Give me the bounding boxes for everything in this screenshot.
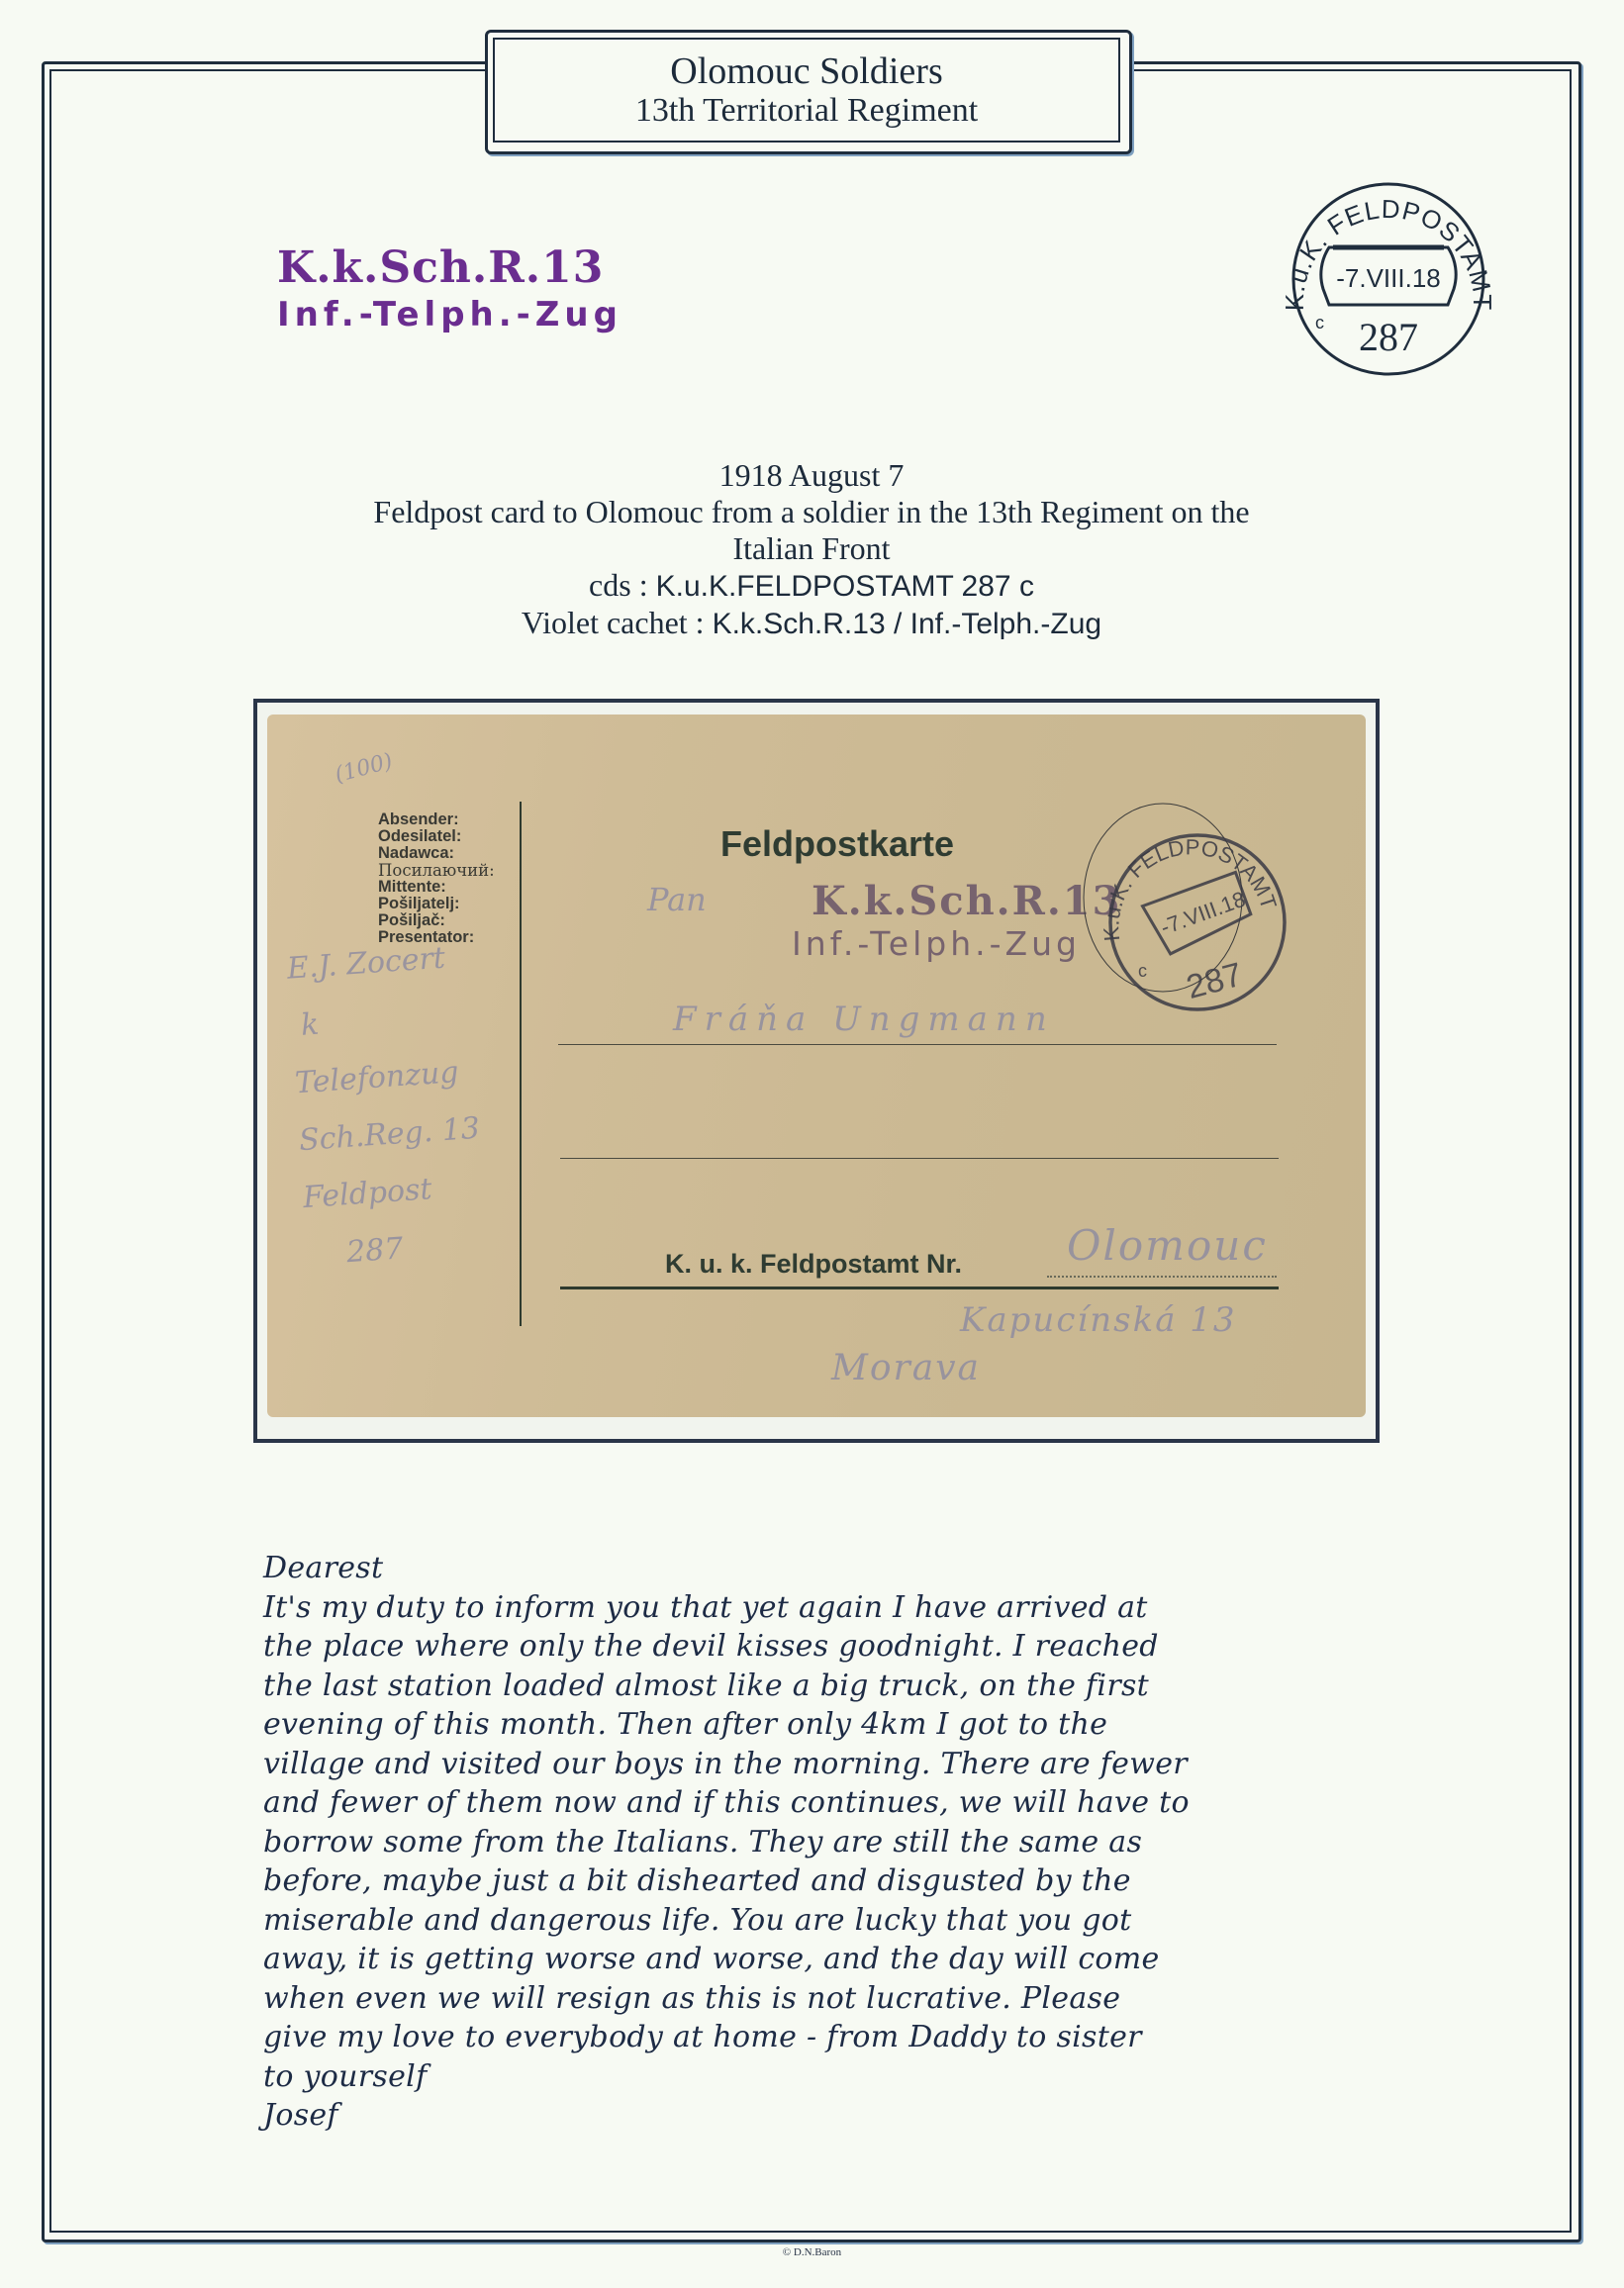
letter-line: the place where only the devil kisses go… bbox=[263, 1627, 1391, 1667]
description-line-2: Italian Front bbox=[218, 530, 1405, 567]
letter-signature: Josef bbox=[263, 2096, 1391, 2136]
sender-handwriting: E.J. Zocert k Telefonzug Sch.Reg. 13 Fel… bbox=[285, 928, 490, 1285]
cds-value: K.u.K.FELDPOSTAMT 287 c bbox=[656, 570, 1034, 603]
card-heading: Feldpostkarte bbox=[720, 823, 954, 865]
recipient-salutation: Pan bbox=[647, 881, 707, 918]
cds-arc-text: K.u.K. FELDPOSTAMT bbox=[1280, 194, 1497, 311]
letter-line: and fewer of them now and if this contin… bbox=[263, 1783, 1391, 1823]
letter-line: the last station loaded almost like a bi… bbox=[263, 1667, 1391, 1706]
cachet-line-1: K.k.Sch.R.13 bbox=[277, 242, 622, 293]
violet-cachet-enlarged: K.k.Sch.R.13 Inf.-Telph.-Zug bbox=[277, 242, 622, 334]
card-divider bbox=[520, 802, 522, 1326]
letter-line: to yourself bbox=[263, 2057, 1391, 2097]
svg-text:K.u.K. FELDPOSTAMT: K.u.K. FELDPOSTAMT bbox=[1280, 194, 1497, 311]
cds-letter: c bbox=[1315, 313, 1324, 333]
recipient-region: Morava bbox=[831, 1348, 981, 1388]
address-line bbox=[558, 1044, 1277, 1045]
letter-line: before, maybe just a bit dishearted and … bbox=[263, 1861, 1391, 1901]
card-cds-letter: c bbox=[1138, 961, 1147, 981]
letter-line: evening of this month. Then after only 4… bbox=[263, 1705, 1391, 1745]
pencil-note: (100) bbox=[333, 749, 396, 788]
copyright: © D.N.Baron bbox=[0, 2246, 1624, 2258]
description-line-1: Feldpost card to Olomouc from a soldier … bbox=[218, 494, 1405, 530]
cds-postmark-enlarged: K.u.K. FELDPOSTAMT -7.VIII.18 287 c bbox=[1260, 180, 1517, 378]
letter-line: give my love to everybody at home - from… bbox=[263, 2018, 1391, 2057]
sender-label: Pošiljatelj: bbox=[378, 896, 495, 912]
letter-line: miserable and dangerous life. You are lu… bbox=[263, 1901, 1391, 1941]
page-subtitle: 13th Territorial Regiment bbox=[635, 92, 978, 130]
handwriting-line: 287 bbox=[344, 1214, 490, 1282]
recipient-street: Kapucínská 13 bbox=[960, 1300, 1237, 1340]
letter-line: village and visited our boys in the morn… bbox=[263, 1745, 1391, 1784]
cds-label: cds : bbox=[589, 567, 656, 603]
cachet-value: K.k.Sch.R.13 / Inf.-Telph.-Zug bbox=[713, 608, 1102, 640]
sender-labels: Absender: Odesilatel: Nadawca: Посилаючи… bbox=[378, 811, 495, 946]
letter-line: away, it is getting worse and worse, and… bbox=[263, 1940, 1391, 1979]
title-box-inner: Olomouc Soldiers 13th Territorial Regime… bbox=[493, 38, 1120, 143]
recipient-name: Fráňa Ungmann bbox=[673, 1000, 1055, 1039]
recipient-city: Olomouc bbox=[1067, 1221, 1268, 1270]
cachet-line-2: Inf.-Telph.-Zug bbox=[277, 295, 622, 334]
feldpost-card: (100) Absender: Odesilatel: Nadawca: Пос… bbox=[267, 715, 1366, 1417]
letter-line: It's my duty to inform you that yet agai… bbox=[263, 1588, 1391, 1628]
description-cds: cds : K.u.K.FELDPOSTAMT 287 c bbox=[218, 567, 1405, 605]
sender-label: Nadawca: bbox=[378, 845, 495, 862]
sender-label: Absender: bbox=[378, 811, 495, 828]
page-title: Olomouc Soldiers bbox=[670, 50, 942, 92]
description-date: 1918 August 7 bbox=[218, 457, 1405, 494]
sender-label: Mittente: bbox=[378, 879, 495, 896]
card-cds-postmark: K.u.K. FELDPOSTAMT -7.VIII.18 287 c bbox=[1069, 794, 1306, 1031]
cds-number: 287 bbox=[1359, 315, 1418, 359]
address-line-bold bbox=[560, 1287, 1279, 1289]
feldpostamt-label: K. u. k. Feldpostamt Nr. bbox=[665, 1249, 962, 1280]
item-description: 1918 August 7 Feldpost card to Olomouc f… bbox=[218, 457, 1405, 642]
letter-line: when even we will resign as this is not … bbox=[263, 1979, 1391, 2019]
sender-label: Odesilatel: bbox=[378, 828, 495, 845]
letter-line: Dearest bbox=[263, 1549, 1391, 1588]
letter-translation: Dearest It's my duty to inform you that … bbox=[263, 1549, 1391, 2136]
sender-label: Pošiljač: bbox=[378, 912, 495, 929]
sender-label: Посилаючий: bbox=[378, 862, 495, 879]
letter-line: borrow some from the Italians. They are … bbox=[263, 1823, 1391, 1862]
description-cachet: Violet cachet : K.k.Sch.R.13 / Inf.-Telp… bbox=[218, 605, 1405, 642]
address-line bbox=[560, 1158, 1279, 1159]
feldpostamt-dotted-line bbox=[1047, 1276, 1277, 1278]
cachet-label: Violet cachet : bbox=[522, 605, 713, 640]
cds-date: -7.VIII.18 bbox=[1336, 263, 1441, 293]
